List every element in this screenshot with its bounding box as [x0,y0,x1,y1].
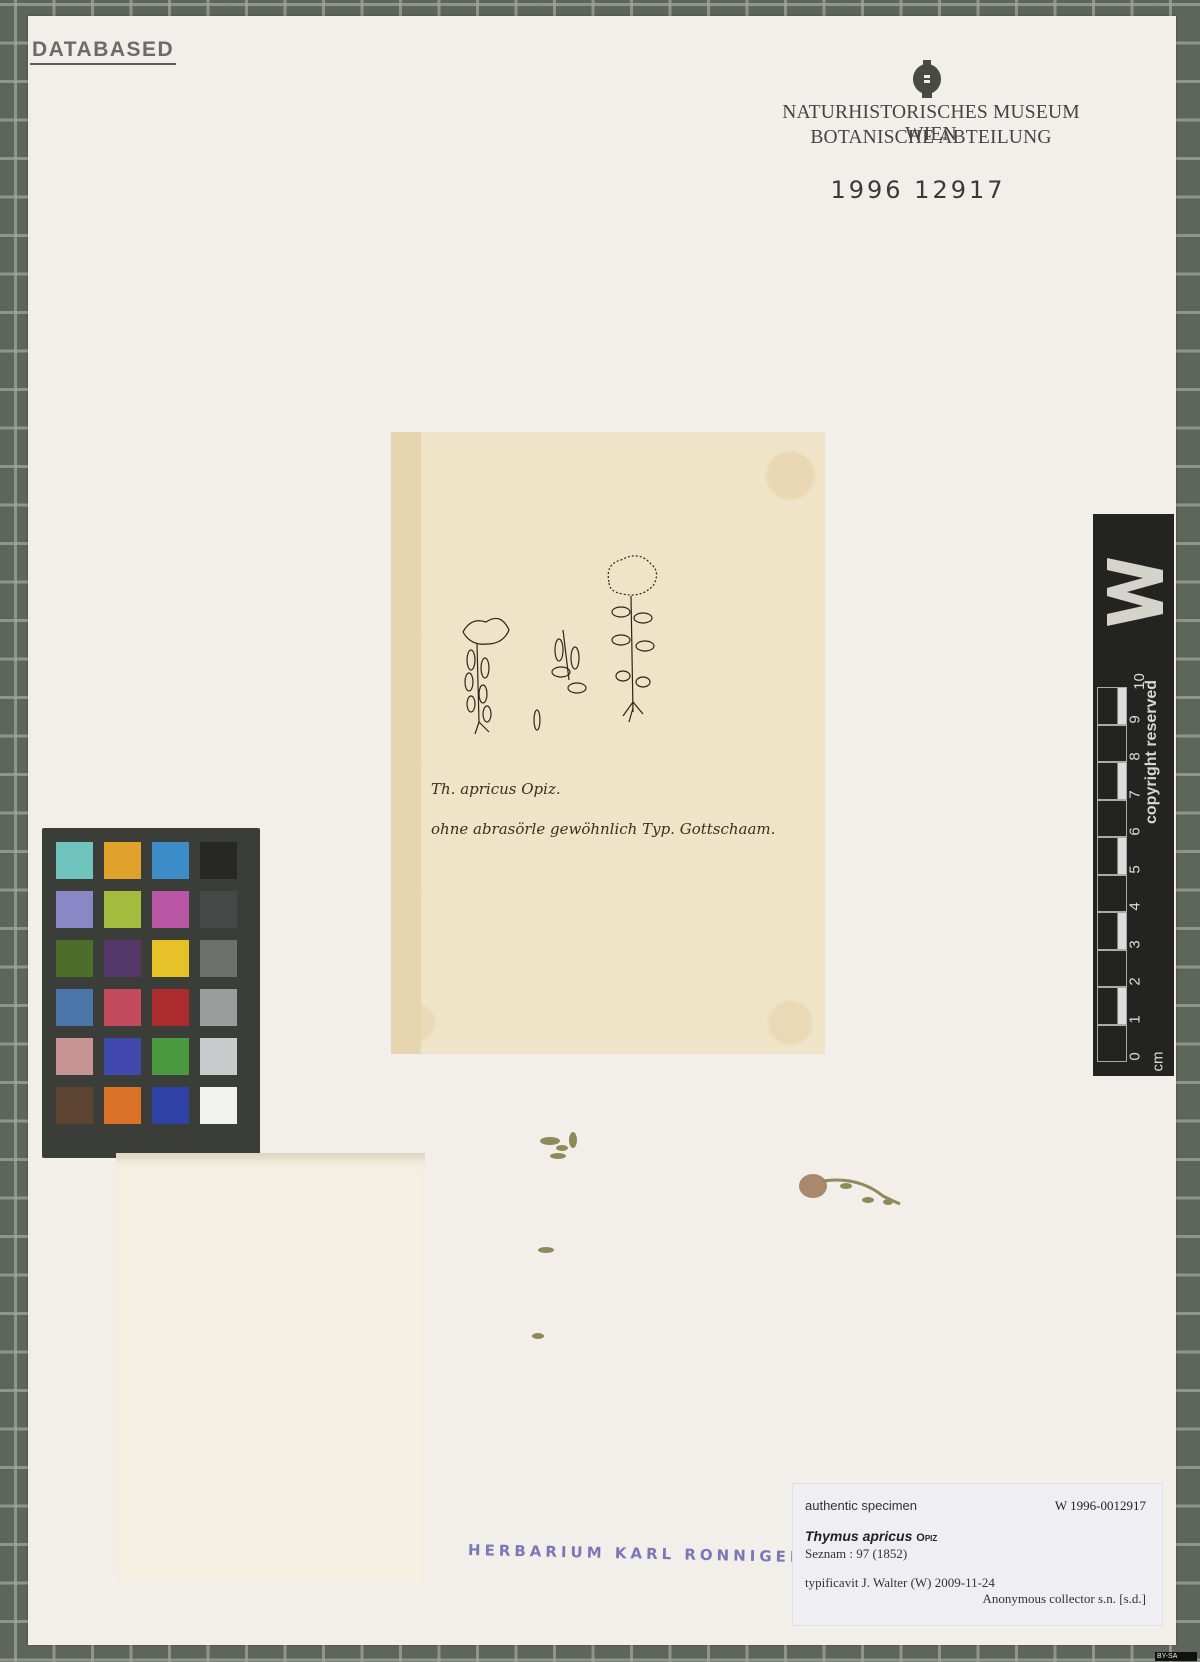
plant-drawing-icon [391,432,825,1054]
color-swatch [200,842,237,879]
handwritten-note: ohne abrasörle gewöhnlich Typ. Gottschaa… [431,820,775,838]
scale-tick-label: 0 [1127,1052,1144,1060]
specimen-label: authentic specimen W 1996-0012917 Thymus… [792,1483,1163,1626]
handwritten-name: Th. apricus Opiz. [431,780,561,798]
color-swatch [104,989,141,1026]
scale-segment [1097,762,1127,800]
color-swatch [152,989,189,1026]
collector: Anonymous collector s.n. [s.d.] [982,1591,1146,1607]
scale-tick-label: 1 [1127,1015,1144,1023]
copyright-text: copyright reserved [1143,680,1161,824]
color-swatch [56,1038,93,1075]
scale-tick-label: 3 [1127,940,1144,948]
scale-segment [1097,1025,1127,1063]
color-swatch [200,1038,237,1075]
color-swatch [104,1038,141,1075]
scale-segment [1097,800,1127,838]
color-swatch [56,940,93,977]
color-swatch [200,940,237,977]
publication: Seznam : 97 (1852) [805,1546,907,1562]
w-logo-icon [1103,552,1167,632]
scale-tick-label: 7 [1127,790,1144,798]
color-swatch [104,891,141,928]
color-swatch [200,891,237,928]
color-swatch [200,1087,237,1124]
scale-segment [1097,987,1127,1025]
scale-segment [1097,875,1127,913]
color-calibration-chart [42,828,260,1158]
color-swatch [152,891,189,928]
herbarium-sheet: DATABASED NATURHISTORISCHES MUSEUM WIEN … [28,16,1176,1645]
scale-segment [1097,837,1127,875]
taxon-binomial: Thymus apricus [805,1528,912,1544]
department-name: BOTANISCHE ABTEILUNG [756,127,1106,149]
color-swatch [56,1087,93,1124]
scale-tick-label: 8 [1127,752,1144,760]
color-swatch [56,891,93,928]
type-status: authentic specimen [805,1498,917,1513]
scale-segment [1097,950,1127,988]
databased-stamp: DATABASED [30,38,176,65]
color-swatch [152,842,189,879]
color-swatch [104,940,141,977]
color-swatch [152,940,189,977]
scale-bar: copyright reserved cm 012345678910 [1093,514,1174,1076]
scale-segment [1097,687,1127,725]
fragment-envelope [116,1153,425,1581]
color-swatch [104,1087,141,1124]
scale-tick-label: 2 [1127,977,1144,985]
herbarium-stamp: HERBARIUM KARL RONNIGER [468,1541,806,1566]
scale-tick-label: 6 [1127,827,1144,835]
color-swatch [152,1087,189,1124]
color-swatch [56,989,93,1026]
color-swatch [200,989,237,1026]
color-swatch [56,842,93,879]
license-badge[interactable]: BY-SA [1155,1652,1197,1661]
unit-label: cm [1150,1052,1167,1072]
typification: typificavit J. Walter (W) 2009-11-24 [805,1575,995,1591]
scale-tick-label: 4 [1127,902,1144,910]
taxon-author: Opiz [916,1532,937,1544]
color-swatch [152,1038,189,1075]
paper-fragment: Th. apricus Opiz. ohne abrasörle gewöhnl… [391,432,825,1054]
scale-segment [1097,912,1127,950]
scale-tick-label: 10 [1131,673,1148,690]
accession-number: 1996 12917 [808,176,1028,204]
color-swatch [104,842,141,879]
scale-tick-label: 9 [1127,715,1144,723]
taxon-name: Thymus apricus Opiz [805,1528,937,1544]
scale-tick-label: 5 [1127,865,1144,873]
barcode-number: W 1996-0012917 [1055,1498,1146,1514]
austrian-eagle-icon [910,57,944,99]
scale-segment [1097,725,1127,763]
dried-specimen-icon [528,1126,908,1346]
